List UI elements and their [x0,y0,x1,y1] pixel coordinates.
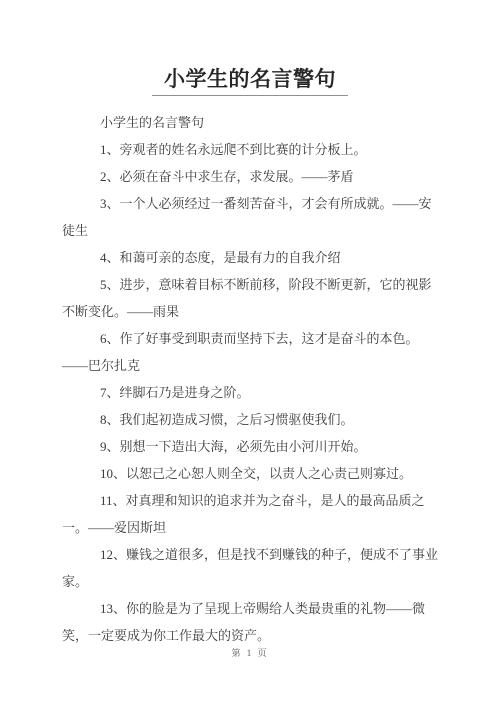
document-title: 小学生的名言警句 [152,68,348,96]
paragraph: 4、和蔼可亲的态度，是最有力的自我介绍 [62,244,438,271]
paragraph: 12、赚钱之道很多，但是找不到赚钱的种子，便成不了事业家。 [62,541,438,595]
paragraph: 13、你的脸是为了呈现上帝赐给人类最贵重的礼物——微笑，一定要成为你工作最大的资… [62,595,438,649]
paragraph: 5、进步，意味着目标不断前移，阶段不断更新，它的视影不断变化。——雨果 [62,271,438,325]
page-footer: 第 1 页 [0,646,500,659]
paragraph: 10、以恕己之心恕人则全交，以责人之心责己则寡过。 [62,460,438,487]
document-body: 小学生的名言警句 1、旁观者的姓名永远爬不到比赛的计分板上。 2、必须在奋斗中求… [62,109,438,649]
paragraph: 8、我们起初造成习惯，之后习惯驱使我们。 [62,406,438,433]
paragraph: 3、一个人必须经过一番刻苦奋斗，才会有所成就。——安徒生 [62,190,438,244]
paragraph: 9、别想一下造出大海，必须先由小河川开始。 [62,433,438,460]
paragraph: 2、必须在奋斗中求生存，求发展。——茅盾 [62,163,438,190]
paragraph: 7、绊脚石乃是进身之阶。 [62,379,438,406]
page-number: 第 1 页 [231,648,268,658]
paragraph: 11、对真理和知识的追求并为之奋斗，是人的最高品质之一。——爱因斯坦 [62,487,438,541]
paragraph: 小学生的名言警句 [62,109,438,136]
title-row: 小学生的名言警句 [0,0,500,96]
document-page: 小学生的名言警句 小学生的名言警句 1、旁观者的姓名永远爬不到比赛的计分板上。 … [0,0,500,708]
paragraph: 1、旁观者的姓名永远爬不到比赛的计分板上。 [62,136,438,163]
paragraph: 6、作了好事受到职责而坚持下去，这才是奋斗的本色。——巴尔扎克 [62,325,438,379]
